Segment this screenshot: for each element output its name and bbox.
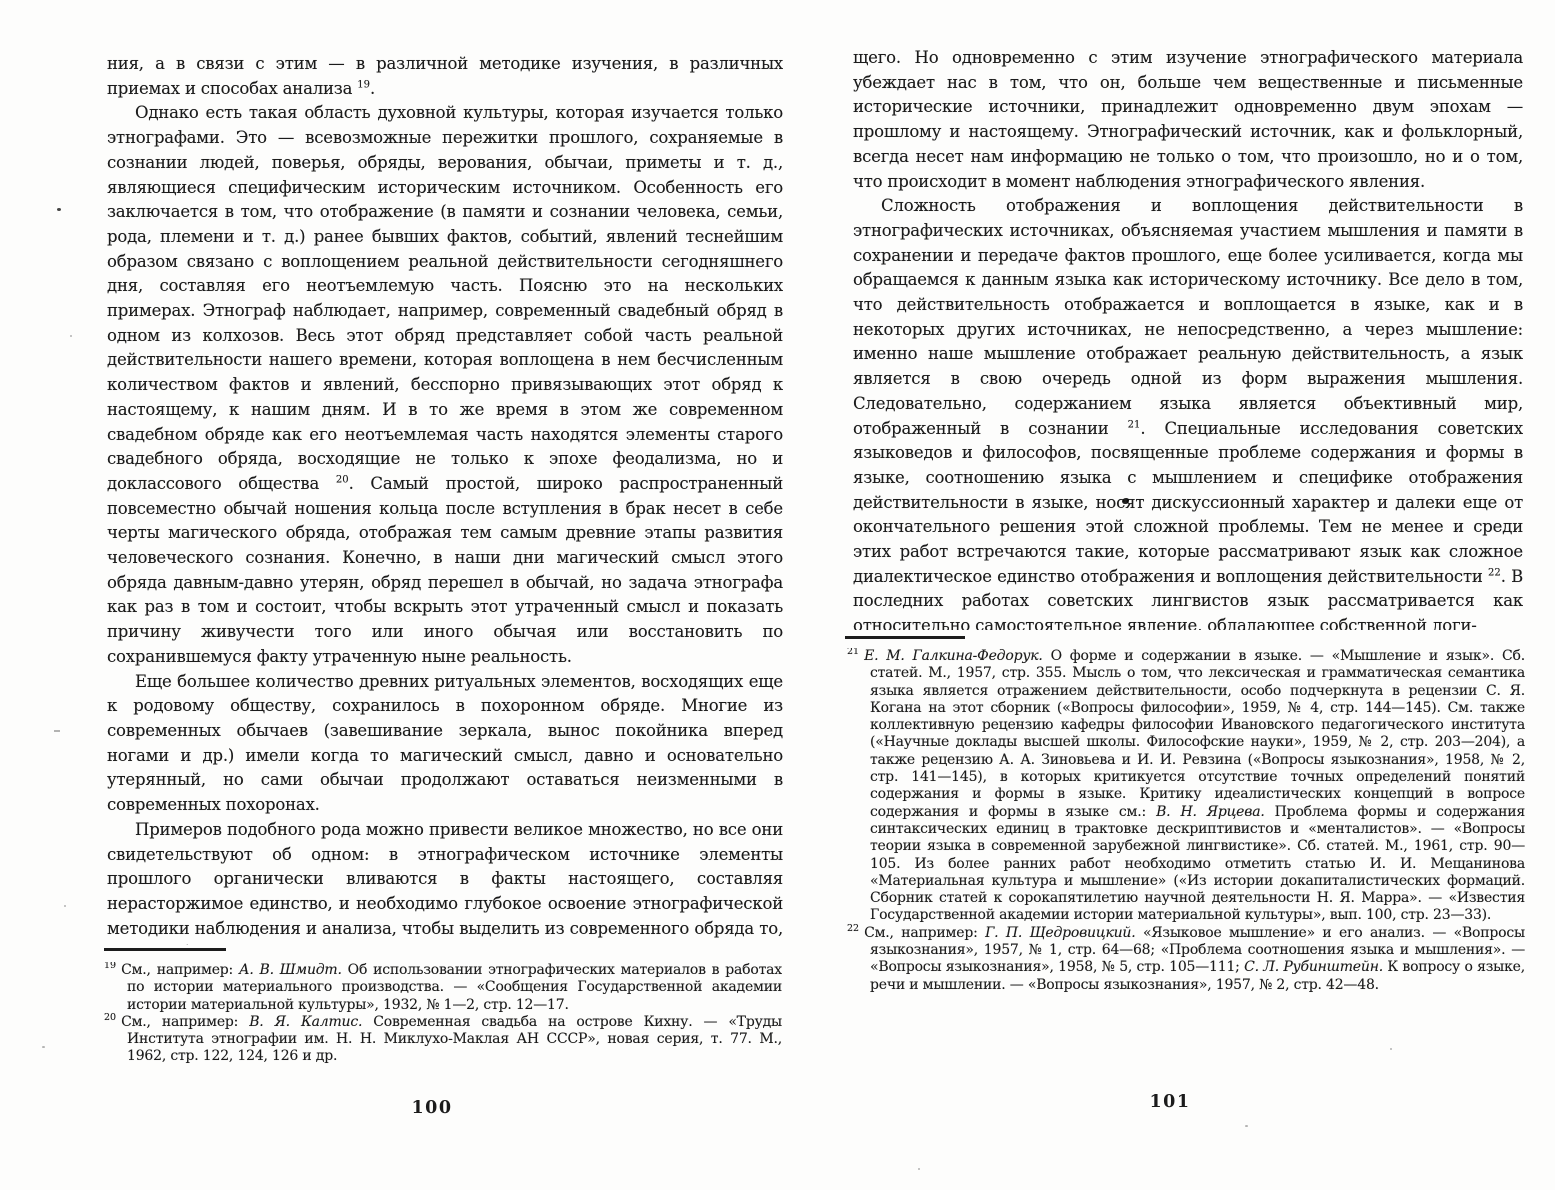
footnote-20-marker: 20 xyxy=(104,1012,116,1023)
text-run: Однако есть такая область духовной культ… xyxy=(107,103,783,493)
footnote-separator-rule xyxy=(845,636,965,639)
paragraph: Еще большее количество древних ритуальны… xyxy=(107,670,783,818)
paragraph: Сложность отображения и воплощения дейст… xyxy=(853,194,1523,630)
scan-speck xyxy=(918,1168,920,1170)
paragraph: Однако есть такая область духовной культ… xyxy=(107,101,783,669)
text-run: . xyxy=(370,79,375,98)
paragraph-continuation-from-left-page: щего. Но одновременно с этим изучение эт… xyxy=(853,46,1523,194)
footnote-21-author: Е. М. Галкина-Федорук. xyxy=(864,648,1043,664)
footnote-22-lead: См., например: xyxy=(864,925,985,941)
footnote-21-text: О форме и содержании в языке. — «Мышлени… xyxy=(870,648,1525,820)
scan-speck xyxy=(70,335,72,337)
right-page-body: щего. Но одновременно с этим изучение эт… xyxy=(853,46,1523,630)
scan-speck xyxy=(64,905,66,907)
left-page-body: ния, а в связи с этим — в различной мето… xyxy=(107,52,783,945)
footnote-19-marker: 19 xyxy=(104,962,116,971)
paragraph: Примеров подобного рода можно привести в… xyxy=(107,818,783,945)
footnote-22-author: Г. П. Щедровицкий. xyxy=(985,925,1135,941)
page-number-101: 101 xyxy=(1140,1092,1200,1112)
text-run: . Специальные исследования советских язы… xyxy=(853,419,1523,586)
footnote-22-author-2: С. Л. Рубинштейн. xyxy=(1244,959,1383,975)
footnote-22: 22См., например: Г. П. Щедровицкий. «Язы… xyxy=(847,925,1525,994)
text-run: ния, а в связи с этим — в различной мето… xyxy=(107,54,783,98)
footnote-21-marker: 21 xyxy=(847,648,859,657)
footnote-19-lead: См., например: xyxy=(121,962,239,978)
left-page-footnotes: 19См., например: А. В. Шмидт. Об использ… xyxy=(104,962,782,1090)
footnote-ref-20: 20 xyxy=(336,474,349,485)
footnote-20-author: В. Я. Калтис. xyxy=(249,1014,362,1030)
scan-speck xyxy=(57,208,61,211)
footnote-19: 19См., например: А. В. Шмидт. Об использ… xyxy=(104,962,782,1014)
scan-speck xyxy=(1390,1048,1392,1050)
footnote-21-text-2: Проблема формы и содержания синтаксическ… xyxy=(870,804,1525,924)
scan-speck xyxy=(1245,1125,1248,1127)
footnote-ref-21: 21 xyxy=(1128,419,1141,430)
right-page-footnotes: 21Е. М. Галкина-Федорук. О форме и содер… xyxy=(847,648,1525,1088)
footnote-separator-rule xyxy=(104,948,226,951)
footnote-ref-19: 19 xyxy=(357,79,370,90)
footnote-20: 20См., например: В. Я. Калтис. Современн… xyxy=(104,1014,782,1066)
book-scan-spread: ния, а в связи с этим — в различной мето… xyxy=(0,0,1555,1190)
footnote-21-author-2: В. Н. Ярцева. xyxy=(1156,804,1265,820)
footnote-19-author: А. В. Шмидт. xyxy=(239,962,342,978)
footnote-21: 21Е. М. Галкина-Федорук. О форме и содер… xyxy=(847,648,1525,925)
paragraph-continuation-from-previous-page: ния, а в связи с этим — в различной мето… xyxy=(107,52,783,101)
footnote-22-marker: 22 xyxy=(847,923,859,934)
page-number-100: 100 xyxy=(402,1098,462,1118)
footnote-20-lead: См., например: xyxy=(121,1014,249,1030)
footnote-ref-22: 22 xyxy=(1488,567,1501,578)
text-run: . Самый простой, широко распространенный… xyxy=(107,474,783,666)
text-run: Сложность отображения и воплощения дейст… xyxy=(853,196,1523,437)
scan-speck xyxy=(54,730,60,732)
scan-speck xyxy=(42,1046,45,1048)
